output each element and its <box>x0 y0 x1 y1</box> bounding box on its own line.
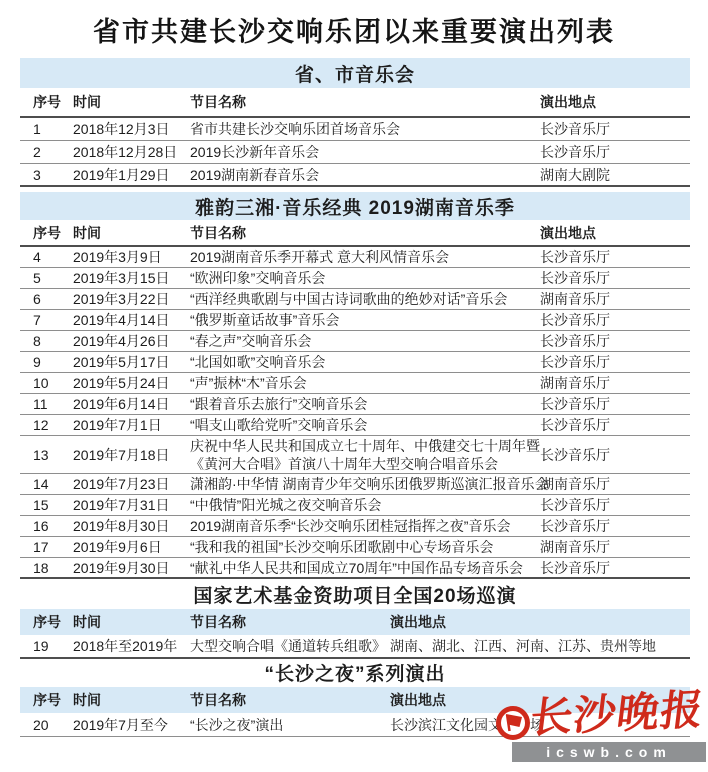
table-row: 13 2019年7月18日 庆祝中华人民共和国成立七十周年、中俄建交七十周年暨《… <box>20 436 690 474</box>
row-venue: 长沙音乐厅 <box>540 142 690 162</box>
row-date: 2019年5月17日 <box>73 352 190 372</box>
row-date: 2019年7月23日 <box>73 474 190 494</box>
row-no: 5 <box>33 270 73 286</box>
row-date: 2019年7月1日 <box>73 415 190 435</box>
col-header-venue: 演出地点 <box>540 223 690 243</box>
table-row: 5 2019年3月15日 “欧洲印象”交响音乐会 长沙音乐厅 <box>20 268 690 289</box>
row-venue: 长沙音乐厅 <box>540 495 690 515</box>
col-header-no: 序号 <box>33 612 73 632</box>
col-header-date: 时间 <box>73 690 190 710</box>
col-header-program: 节目名称 <box>190 223 540 243</box>
table-row: 19 2018年至2019年 大型交响合唱《通道转兵组歌》 湖南、湖北、江西、河… <box>20 635 690 659</box>
row-program: 省市共建长沙交响乐团首场音乐会 <box>190 119 540 139</box>
row-no: 2 <box>33 144 73 160</box>
col-header-program: 节目名称 <box>190 612 390 632</box>
row-program: “我和我的祖国”长沙交响乐团歌剧中心专场音乐会 <box>190 537 540 557</box>
row-venue: 长沙滨江文化园文化广场 <box>390 715 690 735</box>
section-title: 省、市音乐会 <box>295 60 415 87</box>
row-no: 8 <box>33 333 73 349</box>
row-date: 2019年7月31日 <box>73 495 190 515</box>
row-no: 9 <box>33 354 73 370</box>
row-no: 15 <box>33 497 73 513</box>
table-row: 11 2019年6月14日 “跟着音乐去旅行”交响音乐会 长沙音乐厅 <box>20 394 690 415</box>
table-row: 1 2018年12月3日 省市共建长沙交响乐团首场音乐会 长沙音乐厅 <box>20 118 690 141</box>
table-header-band: 序号 时间 节目名称 演出地点 <box>20 687 690 713</box>
row-venue: 长沙音乐厅 <box>540 331 690 351</box>
row-no: 10 <box>33 375 73 391</box>
table-row: 20 2019年7月至今 “长沙之夜”演出 长沙滨江文化园文化广场 <box>20 713 690 737</box>
row-venue: 长沙音乐厅 <box>540 268 690 288</box>
row-program: “声”振林“木”音乐会 <box>190 373 540 393</box>
row-date: 2019年1月29日 <box>73 165 190 185</box>
section-title-changsha-night-series: “长沙之夜”系列演出 <box>20 663 690 687</box>
table-row: 4 2019年3月9日 2019湖南音乐季开幕式 意大利风情音乐会 长沙音乐厅 <box>20 247 690 268</box>
table-header-row: 序号 时间 节目名称 演出地点 <box>20 609 690 635</box>
row-venue: 长沙音乐厅 <box>540 352 690 372</box>
row-venue: 长沙音乐厅 <box>540 119 690 139</box>
row-no: 13 <box>33 447 73 463</box>
table-row: 15 2019年7月31日 “中俄情”阳光城之夜交响音乐会 长沙音乐厅 <box>20 495 690 516</box>
table-header-row: 序号 时间 节目名称 演出地点 <box>20 687 690 713</box>
row-date: 2019年9月6日 <box>73 537 190 557</box>
table-row: 14 2019年7月23日 潇湘韵·中华情 湖南青少年交响乐团俄罗斯巡演汇报音乐… <box>20 474 690 495</box>
row-venue: 长沙音乐厅 <box>540 394 690 414</box>
col-header-venue: 演出地点 <box>390 690 690 710</box>
row-program: 潇湘韵·中华情 湖南青少年交响乐团俄罗斯巡演汇报音乐会 <box>190 474 540 494</box>
table-row: 2 2018年12月28日 2019长沙新年音乐会 长沙音乐厅 <box>20 141 690 164</box>
section-title: 雅韵三湘·音乐经典 2019湖南音乐季 <box>195 193 515 220</box>
row-date: 2019年4月14日 <box>73 310 190 330</box>
col-header-venue: 演出地点 <box>540 92 690 112</box>
row-venue: 湖南音乐厅 <box>540 537 690 557</box>
table-changsha-night-series: 20 2019年7月至今 “长沙之夜”演出 长沙滨江文化园文化广场 <box>20 713 690 737</box>
page-title: 省市共建长沙交响乐团以来重要演出列表 <box>20 13 688 52</box>
row-program: 2019湖南音乐季开幕式 意大利风情音乐会 <box>190 247 540 267</box>
performance-list-page: 省市共建长沙交响乐团以来重要演出列表 省、市音乐会 序号 时间 节目名称 演出地… <box>0 0 708 772</box>
table-header-row: 序号 时间 节目名称 演出地点 <box>20 88 690 118</box>
row-date: 2019年8月30日 <box>73 516 190 536</box>
row-date: 2018年12月3日 <box>73 119 190 139</box>
row-venue: 长沙音乐厅 <box>540 415 690 435</box>
row-date: 2019年3月15日 <box>73 268 190 288</box>
row-venue: 湖南音乐厅 <box>540 373 690 393</box>
table-row: 16 2019年8月30日 2019湖南音乐季“长沙交响乐团桂冠指挥之夜”音乐会… <box>20 516 690 537</box>
row-venue: 长沙音乐厅 <box>540 445 690 465</box>
row-no: 18 <box>33 560 73 576</box>
row-date: 2019年6月14日 <box>73 394 190 414</box>
row-program: 2019湖南新春音乐会 <box>190 165 540 185</box>
col-header-date: 时间 <box>73 92 190 112</box>
table-2019-hunan-music-season: 序号 时间 节目名称 演出地点 4 2019年3月9日 2019湖南音乐季开幕式… <box>20 220 690 579</box>
table-row: 6 2019年3月22日 “西洋经典歌剧与中国古诗词歌曲的绝妙对话”音乐会 湖南… <box>20 289 690 310</box>
table-row: 18 2019年9月30日 “献礼中华人民共和国成立70周年”中国作品专场音乐会… <box>20 558 690 579</box>
row-no: 11 <box>33 396 73 412</box>
row-venue: 长沙音乐厅 <box>540 516 690 536</box>
row-program: “跟着音乐去旅行”交响音乐会 <box>190 394 540 414</box>
row-date: 2019年7月至今 <box>73 715 190 735</box>
row-program: “北国如歌”交响音乐会 <box>190 352 540 372</box>
row-venue: 湖南音乐厅 <box>540 474 690 494</box>
row-program: “唱支山歌给党听”交响音乐会 <box>190 415 540 435</box>
row-program: “俄罗斯童话故事”音乐会 <box>190 310 540 330</box>
row-no: 7 <box>33 312 73 328</box>
table-row: 3 2019年1月29日 2019湖南新春音乐会 湖南大剧院 <box>20 164 690 187</box>
row-no: 12 <box>33 417 73 433</box>
table-row: 8 2019年4月26日 “春之声”交响音乐会 长沙音乐厅 <box>20 331 690 352</box>
row-date: 2019年4月26日 <box>73 331 190 351</box>
row-date: 2019年3月9日 <box>73 247 190 267</box>
row-program: “西洋经典歌剧与中国古诗词歌曲的绝妙对话”音乐会 <box>190 289 540 309</box>
col-header-date: 时间 <box>73 223 190 243</box>
col-header-venue: 演出地点 <box>390 612 690 632</box>
row-no: 6 <box>33 291 73 307</box>
table-header-row: 序号 时间 节目名称 演出地点 <box>20 220 690 247</box>
row-no: 4 <box>33 249 73 265</box>
row-program: 2019长沙新年音乐会 <box>190 142 540 162</box>
row-venue: 湖南大剧院 <box>540 165 690 185</box>
section-title-national-arts-fund-tour: 国家艺术基金资助项目全国20场巡演 <box>20 585 690 609</box>
row-no: 3 <box>33 167 73 183</box>
row-program: “中俄情”阳光城之夜交响音乐会 <box>190 495 540 515</box>
row-no: 14 <box>33 476 73 492</box>
row-venue: 长沙音乐厅 <box>540 558 690 578</box>
table-row: 7 2019年4月14日 “俄罗斯童话故事”音乐会 长沙音乐厅 <box>20 310 690 331</box>
row-venue: 长沙音乐厅 <box>540 247 690 267</box>
newspaper-website-bar: icswb.com <box>512 742 706 762</box>
row-date: 2019年5月24日 <box>73 373 190 393</box>
row-no: 20 <box>33 717 73 733</box>
row-program: 大型交响合唱《通道转兵组歌》 <box>190 636 390 656</box>
row-program: 2019湖南音乐季“长沙交响乐团桂冠指挥之夜”音乐会 <box>190 516 540 536</box>
row-venue: 湖南、湖北、江西、河南、江苏、贵州等地 <box>390 636 690 656</box>
table-provincial-city-concerts: 序号 时间 节目名称 演出地点 1 2018年12月3日 省市共建长沙交响乐团首… <box>20 88 690 187</box>
row-date: 2018年12月28日 <box>73 142 190 162</box>
row-venue: 湖南音乐厅 <box>540 289 690 309</box>
table-row: 10 2019年5月24日 “声”振林“木”音乐会 湖南音乐厅 <box>20 373 690 394</box>
col-header-no: 序号 <box>33 223 73 243</box>
table-national-arts-fund-tour: 19 2018年至2019年 大型交响合唱《通道转兵组歌》 湖南、湖北、江西、河… <box>20 635 690 659</box>
col-header-program: 节目名称 <box>190 690 390 710</box>
row-date: 2019年3月22日 <box>73 289 190 309</box>
row-venue: 长沙音乐厅 <box>540 310 690 330</box>
row-no: 17 <box>33 539 73 555</box>
row-program: 庆祝中华人民共和国成立七十周年、中俄建交七十周年暨《黄河大合唱》首演八十周年大型… <box>190 437 540 473</box>
table-header-band: 序号 时间 节目名称 演出地点 <box>20 609 690 635</box>
row-no: 16 <box>33 518 73 534</box>
col-header-date: 时间 <box>73 612 190 632</box>
row-program: “长沙之夜”演出 <box>190 715 390 735</box>
col-header-program: 节目名称 <box>190 92 540 112</box>
col-header-no: 序号 <box>33 690 73 710</box>
row-program: “献礼中华人民共和国成立70周年”中国作品专场音乐会 <box>190 558 540 578</box>
section-band-2019-hunan-music-season: 雅韵三湘·音乐经典 2019湖南音乐季 <box>20 192 690 220</box>
table-row: 12 2019年7月1日 “唱支山歌给党听”交响音乐会 长沙音乐厅 <box>20 415 690 436</box>
row-no: 19 <box>33 638 73 654</box>
row-date: 2018年至2019年 <box>73 636 190 656</box>
section-band-provincial-city-concerts: 省、市音乐会 <box>20 58 690 88</box>
table-row: 17 2019年9月6日 “我和我的祖国”长沙交响乐团歌剧中心专场音乐会 湖南音… <box>20 537 690 558</box>
col-header-no: 序号 <box>33 92 73 112</box>
row-date: 2019年9月30日 <box>73 558 190 578</box>
row-no: 1 <box>33 121 73 137</box>
table-row: 9 2019年5月17日 “北国如歌”交响音乐会 长沙音乐厅 <box>20 352 690 373</box>
row-program: “欧洲印象”交响音乐会 <box>190 268 540 288</box>
row-program: “春之声”交响音乐会 <box>190 331 540 351</box>
row-date: 2019年7月18日 <box>73 445 190 465</box>
